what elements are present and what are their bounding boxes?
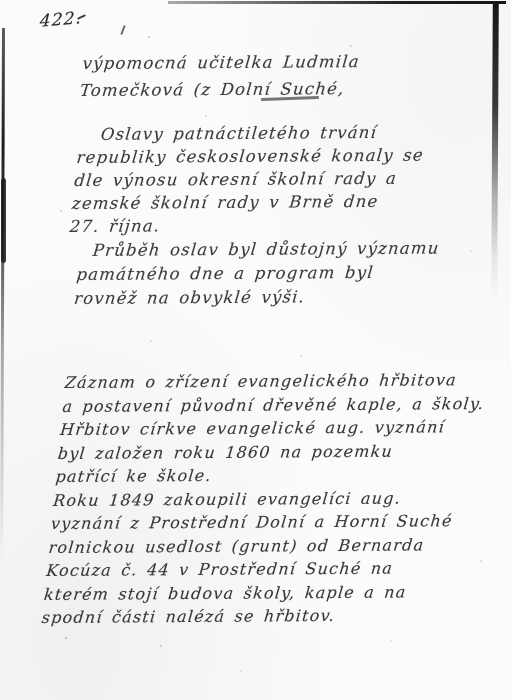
handwritten-line: vyznání z Prostřední Dolní a Horní Suché — [50, 509, 474, 535]
handwritten-line: republiky československé konaly se — [75, 144, 425, 169]
handwritten-line: kterém stojí budova školy, kaple a na — [43, 580, 467, 606]
handwritten-line: dle výnosu okresní školní rady a — [73, 167, 423, 192]
handwritten-line: spodní části nalézá se hřbitov. — [41, 603, 465, 629]
page-number: 422. — [39, 8, 82, 32]
paragraph-republic-celebrations: Oslavy patnáctiletého trvání republiky č… — [69, 121, 428, 238]
handwritten-line: 27. října. — [69, 213, 419, 238]
handwritten-line: patřící ke škole. — [54, 462, 478, 488]
handwritten-line: výpomocná učitelka Ludmila — [81, 48, 361, 77]
handwritten-line: byl založen roku 1860 na pozemku — [57, 439, 481, 465]
handwritten-line: Tomečková (z Dolní Suché, — [79, 75, 359, 104]
scan-edge-right — [491, 2, 499, 302]
handwritten-line: Oslavy patnáctiletého trvání — [78, 121, 428, 146]
paragraph-celebration-course: Průběh oslav byl důstojný významu památn… — [73, 236, 441, 311]
paragraph-cemetery-record: Záznam o zřízení evangelického hřbitova … — [41, 368, 488, 629]
handwritten-line: a postavení původní dřevěné kaple, a ško… — [61, 392, 485, 418]
scan-edge-top — [168, 1, 506, 4]
handwritten-line: památného dne a program byl — [75, 260, 438, 287]
scan-noise — [0, 0, 2, 2]
scanned-document-page: 422. výpomocná učitelka Ludmila Tomečkov… — [0, 0, 511, 700]
stray-ink-mark — [120, 25, 126, 35]
handwritten-line: Průběh oslav byl důstojný významu — [78, 236, 441, 263]
handwritten-line: rolnickou usedlost (grunt) od Bernarda — [48, 533, 472, 559]
scan-edge-dark-spot — [1, 178, 6, 263]
handwritten-line: Kocúza č. 44 v Prostřední Suché na — [45, 556, 469, 582]
handwritten-line: Záznam o zřízení evangelického hřbitova — [64, 368, 488, 394]
handwritten-line: zemské školní rady v Brně dne — [71, 190, 421, 215]
handwritten-line: Hřbitov církve evangelické aug. vyznání — [59, 415, 483, 441]
handwritten-line: rovněž na obvyklé výši. — [73, 284, 436, 311]
scan-edge-left — [0, 28, 5, 563]
handwritten-line: Roku 1849 zakoupili evangelíci aug. — [52, 486, 476, 512]
